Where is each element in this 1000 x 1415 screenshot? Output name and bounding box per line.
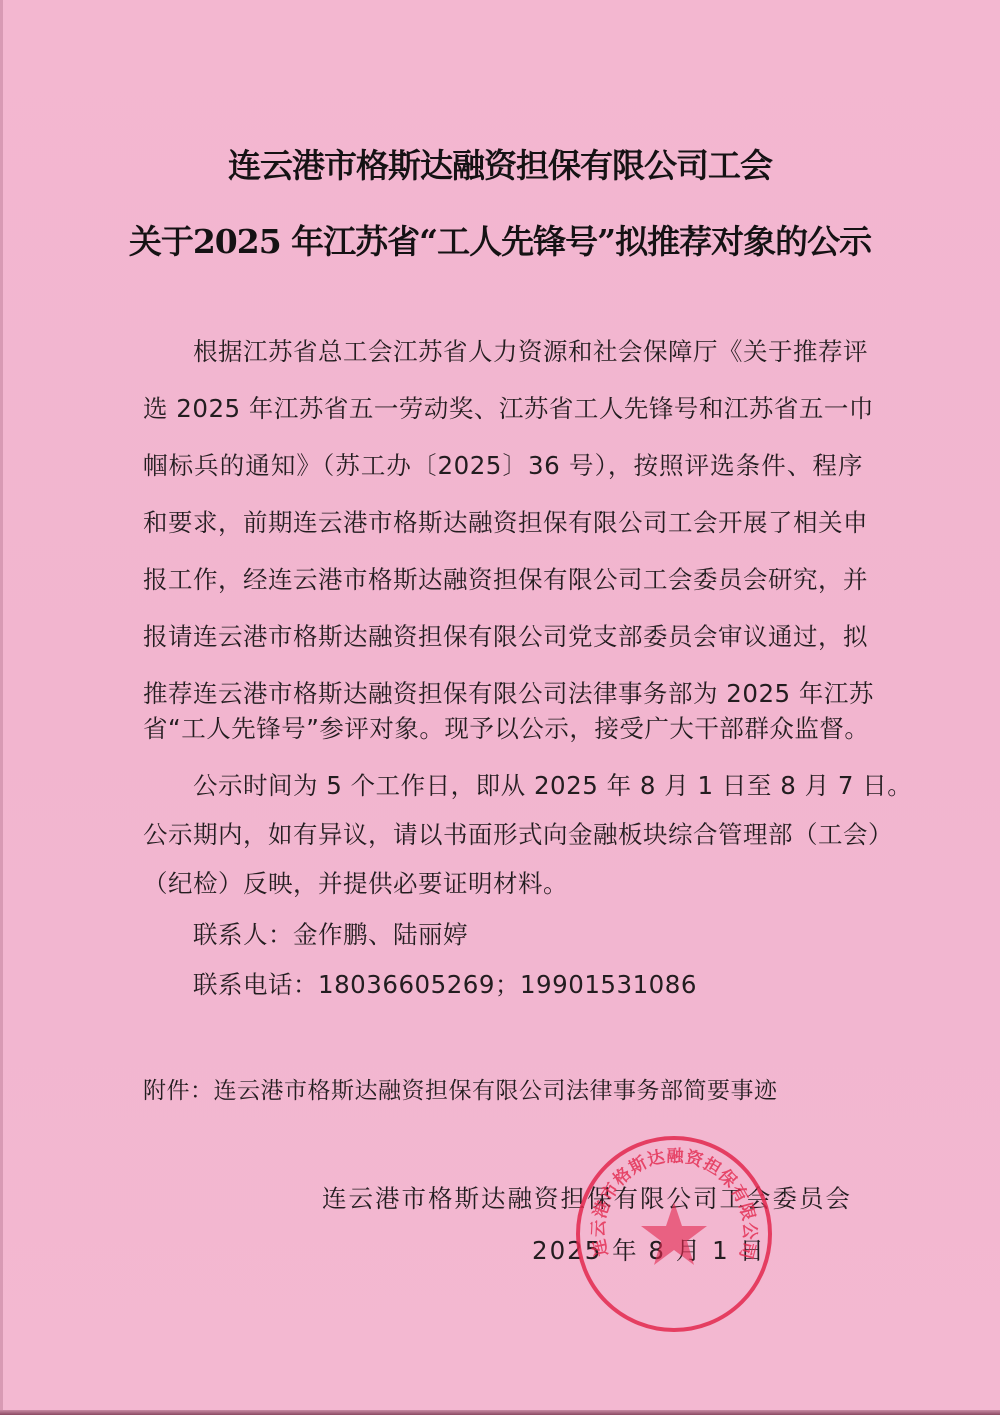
signature-organization: 连云港市格斯达融资担保有限公司工会委员会 [322,1180,852,1215]
page-edge-bottom [0,1410,1000,1415]
paragraph2-line: 公示期内，如有异议，请以书面形式向金融板块综合管理部（工会） [143,818,863,852]
paragraph1-line: 报请连云港市格斯达融资担保有限公司党支部委员会审议通过，拟 [143,620,863,654]
paragraph1-line: 帼标兵的通知》（苏工办〔2025〕36 号），按照评选条件、程序 [143,449,863,483]
paragraph1-line: 推荐连云港市格斯达融资担保有限公司法律事务部为 2025 年江苏 [143,677,863,711]
contact-phone: 联系电话：18036605269；19901531086 [193,968,863,1002]
paragraph1-line: 省“工人先锋号”参评对象。现予以公示，接受广大干部群众监督。 [143,712,863,746]
paragraph1-line: 根据江苏省总工会江苏省人力资源和社会保障厅《关于推荐评 [193,335,863,369]
page-edge-left [0,0,3,1415]
attachment-note: 附件：连云港市格斯达融资担保有限公司法律事务部简要事迹 [143,1074,863,1108]
paragraph2-line: （纪检）反映，并提供必要证明材料。 [143,867,863,901]
paragraph2-line: 公示时间为 5 个工作日，即从 2025 年 8 月 1 日至 8 月 7 日。 [193,769,863,803]
signature-date: 2025 年 8 月 1 日 [532,1232,766,1267]
document-title-line2: 关于2025 年江苏省“工人先锋号”拟推荐对象的公示 [0,216,1000,263]
document-page: 连云港市格斯达融资担保有限公司工会 关于2025 年江苏省“工人先锋号”拟推荐对… [0,0,1000,1415]
paragraph1-line: 选 2025 年江苏省五一劳动奖、江苏省工人先锋号和江苏省五一巾 [143,392,863,426]
paragraph1-line: 报工作，经连云港市格斯达融资担保有限公司工会委员会研究，并 [143,563,863,597]
paragraph1-line: 和要求，前期连云港市格斯达融资担保有限公司工会开展了相关申 [143,506,863,540]
contact-person: 联系人：金作鹏、陆丽婷 [193,918,863,952]
document-title-line1: 连云港市格斯达融资担保有限公司工会 [0,140,1000,187]
